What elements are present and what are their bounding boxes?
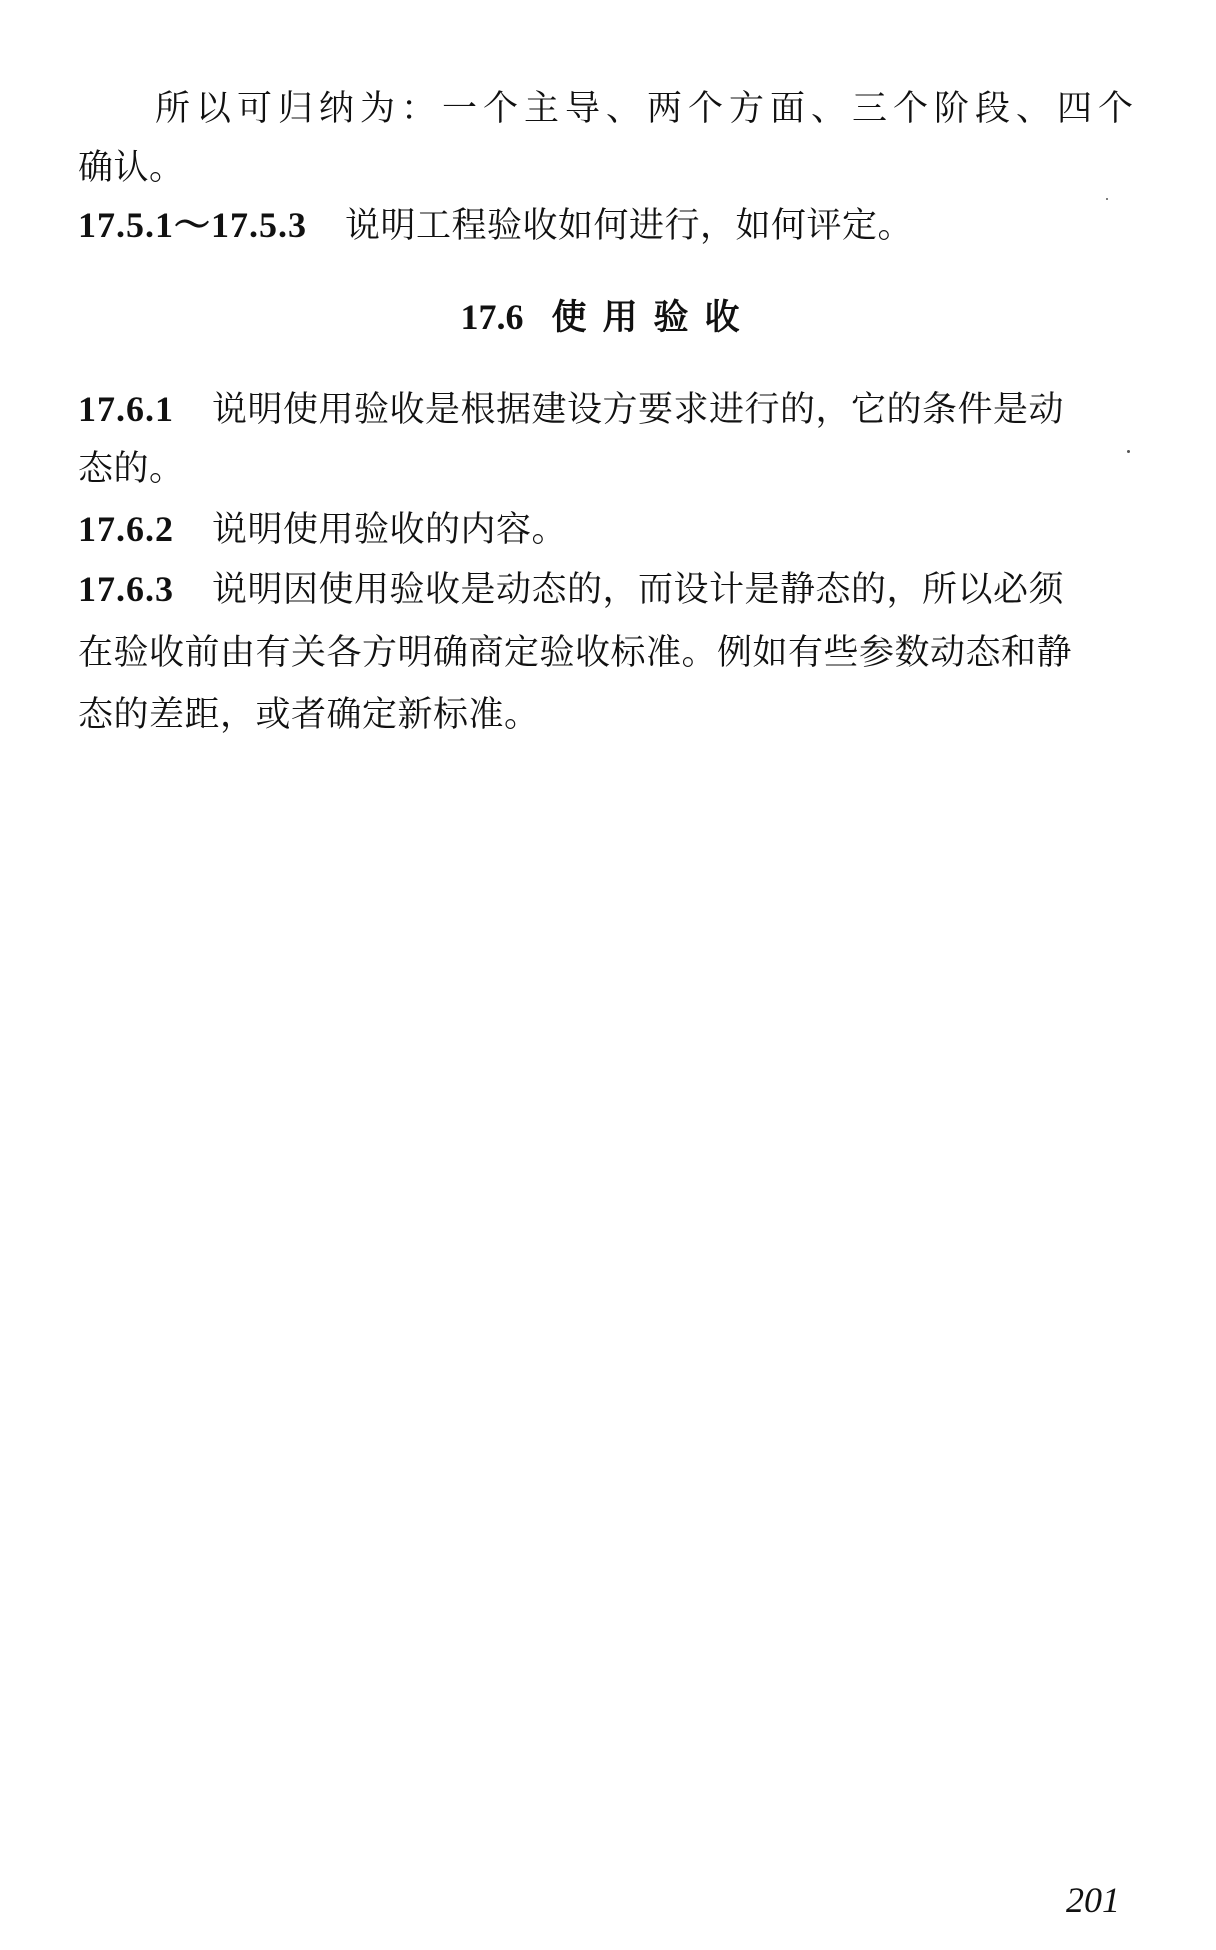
clause-17-6-1: 17.6.1说明使用验收是根据建设方要求进行的，它的条件是动 bbox=[78, 386, 1188, 433]
scan-speck bbox=[1106, 198, 1108, 200]
clause-text-line-1: 说明使用验收的内容。 bbox=[212, 510, 567, 550]
summary-line-1: 所以可归纳为：一个主导、两个方面、三个阶段、四个 bbox=[155, 86, 1188, 132]
section-title: 使用验收 bbox=[551, 298, 755, 338]
summary-line-2: 确认。 bbox=[78, 145, 1188, 191]
clause-text-line-1: 说明使用验收是根据建设方要求进行的，它的条件是动 bbox=[212, 390, 1064, 430]
clause-number: 17.6.2 bbox=[78, 509, 174, 549]
document-page: 所以可归纳为：一个主导、两个方面、三个阶段、四个 确认。 17.5.1～17.5… bbox=[0, 0, 1216, 1950]
section-heading: 17.6使用验收 bbox=[0, 294, 1216, 341]
clause-17-6-3: 17.6.3说明因使用验收是动态的，而设计是静态的，所以必须 bbox=[78, 566, 1188, 613]
clause-number: 17.6.1 bbox=[78, 389, 174, 429]
clause-text-line-1: 说明因使用验收是动态的，而设计是静态的，所以必须 bbox=[212, 570, 1064, 610]
clause-17-6-2: 17.6.2说明使用验收的内容。 bbox=[78, 506, 1188, 553]
section-number: 17.6 bbox=[460, 297, 523, 337]
clause-17-6-3-line-2: 在验收前由有关各方明确商定验收标准。例如有些参数动态和静 bbox=[78, 630, 1188, 676]
clause-number: 17.6.3 bbox=[78, 569, 174, 609]
clause-17-6-1-line-2: 态的。 bbox=[78, 446, 1188, 492]
scan-speck bbox=[1127, 450, 1130, 453]
clause-17-6-3-line-3: 态的差距，或者确定新标准。 bbox=[78, 692, 1188, 738]
clause-text: 说明工程验收如何进行，如何评定。 bbox=[345, 206, 913, 246]
clause-number: 17.5.1～17.5.3 bbox=[78, 205, 307, 245]
page-number: 201 bbox=[1066, 1880, 1120, 1920]
clause-17-5-1-to-17-5-3: 17.5.1～17.5.3说明工程验收如何进行，如何评定。 bbox=[78, 202, 1188, 249]
